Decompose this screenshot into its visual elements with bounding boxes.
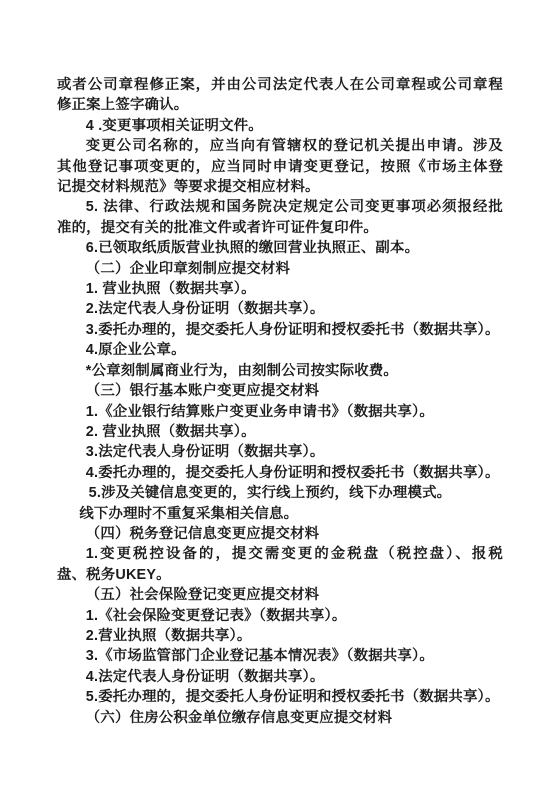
text-line: 4.原企业公章。 (57, 340, 503, 360)
text-line: 修正案上签字确认。 (57, 95, 503, 115)
document-page: 或者公司章程修正案，并由公司法定代表人在公司章程或公司章程修正案上签字确认。4 … (0, 0, 559, 793)
text-line: 1.变更税控设备的，提交需变更的金税盘（税控盘）、报税 (57, 544, 503, 564)
text-line: 5. 法律、行政法规和国务院决定规定公司变更事项必须报经批 (57, 197, 503, 217)
text-line: 或者公司章程修正案，并由公司法定代表人在公司章程或公司章程 (57, 75, 503, 95)
document-body: 或者公司章程修正案，并由公司法定代表人在公司章程或公司章程修正案上签字确认。4 … (57, 75, 503, 728)
text-line: 1.《社会保险变更登记表》（数据共享）。 (57, 606, 503, 626)
text-line: （二）企业印章刻制应提交材料 (57, 259, 503, 279)
text-line: 1.《企业银行结算账户变更业务申请书》（数据共享）。 (57, 402, 503, 422)
text-line: 5.委托办理的，提交委托人身份证明和授权委托书（数据共享）。 (57, 687, 503, 707)
text-line: 3.《市场监管部门企业登记基本情况表》（数据共享）。 (57, 646, 503, 666)
text-line: 盘、税务UKEY。 (57, 565, 503, 585)
text-line: *公章刻制属商业行为，由刻制公司按实际收费。 (57, 361, 503, 381)
text-line: 变更公司名称的，应当向有管辖权的登记机关提出申请。涉及 (57, 136, 503, 156)
text-line: （三）银行基本账户变更应提交材料 (57, 381, 503, 401)
text-line: 4.委托办理的，提交委托人身份证明和授权委托书（数据共享）。 (57, 463, 503, 483)
text-line: 线下办理时不重复采集相关信息。 (57, 504, 503, 524)
text-line: 准的，提交有关的批准文件或者许可证件复印件。 (57, 218, 503, 238)
text-line: 4 .变更事项相关证明文件。 (57, 116, 503, 136)
text-line: 2.法定代表人身份证明（数据共享）。 (57, 299, 503, 319)
text-line: （六）住房公积金单位缴存信息变更应提交材料 (57, 708, 503, 728)
text-line: 3.法定代表人身份证明（数据共享）。 (57, 442, 503, 462)
text-line: 其他登记事项变更的，应当同时申请变更登记，按照《市场主体登 (57, 157, 503, 177)
text-line: （五）社会保险登记变更应提交材料 (57, 585, 503, 605)
text-line: 4.法定代表人身份证明（数据共享）。 (57, 667, 503, 687)
text-line: 5.涉及关键信息变更的，实行线上预约，线下办理模式。 (57, 483, 503, 503)
text-line: 记提交材料规范》等要求提交相应材料。 (57, 177, 503, 197)
text-line: 2.营业执照（数据共享）。 (57, 626, 503, 646)
text-line: 6.已领取纸质版营业执照的缴回营业执照正、副本。 (57, 238, 503, 258)
text-line: 2. 营业执照（数据共享）。 (57, 422, 503, 442)
text-line: 1. 营业执照（数据共享）。 (57, 279, 503, 299)
text-line: （四）税务登记信息变更应提交材料 (57, 524, 503, 544)
text-line: 3.委托办理的，提交委托人身份证明和授权委托书（数据共享）。 (57, 320, 503, 340)
